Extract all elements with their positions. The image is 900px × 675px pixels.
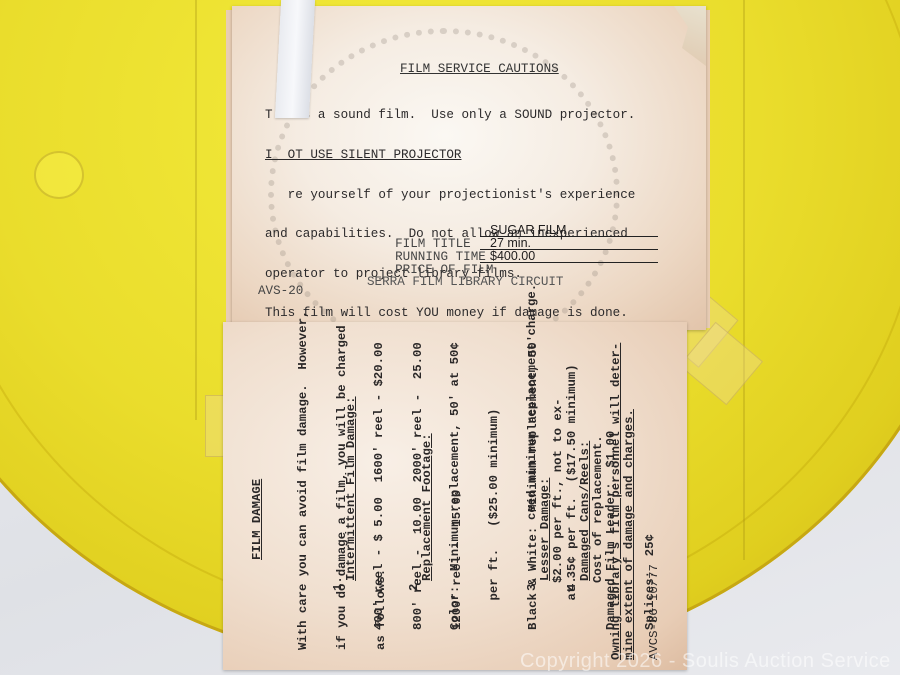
lid-dimple	[34, 151, 84, 199]
caution-line: re yourself of your projectionist's expe…	[265, 189, 673, 202]
section-title: Lesser Damage:	[538, 478, 552, 581]
lid-ridge-right	[743, 0, 745, 560]
copyright-watermark: Copyright 2026 - Soulis Auction Service	[520, 650, 891, 673]
lid-ridge-left	[195, 0, 197, 420]
white-tape-strip	[275, 0, 315, 118]
closing-line: mine extent of damage and charges.	[623, 409, 636, 660]
section-text: Cost of replacement.	[591, 435, 605, 583]
rate-line: 400' reel - $ 5.00 1600' reel - $20.00	[373, 342, 386, 630]
caution-line: T is a sound film. Use only a SOUND proj…	[265, 109, 673, 122]
replacement-line: Color: Minimum replacement, 50' at 50¢	[449, 335, 462, 630]
damage-heading: FILM DAMAGE	[251, 479, 264, 560]
section-title: Damaged Cans/Reels:	[578, 441, 592, 581]
section-number: 3.	[525, 576, 539, 591]
section-number: 2.	[407, 576, 421, 591]
caution-line: I OT USE SILENT PROJECTOR	[265, 149, 673, 162]
section-number: 4.	[565, 576, 579, 591]
replacement-line: per ft. ($25.00 minimum)	[488, 335, 501, 630]
cautions-heading: FILM SERVICE CAUTIONS	[400, 63, 559, 76]
intro-line: With care you can avoid film damage. How…	[297, 311, 310, 650]
section-text: ceed minimum replacement charge.	[526, 284, 539, 520]
torn-corner	[666, 6, 706, 66]
section-number: 1.	[331, 576, 345, 591]
form-code: AVCS-36 10/77	[648, 564, 661, 660]
